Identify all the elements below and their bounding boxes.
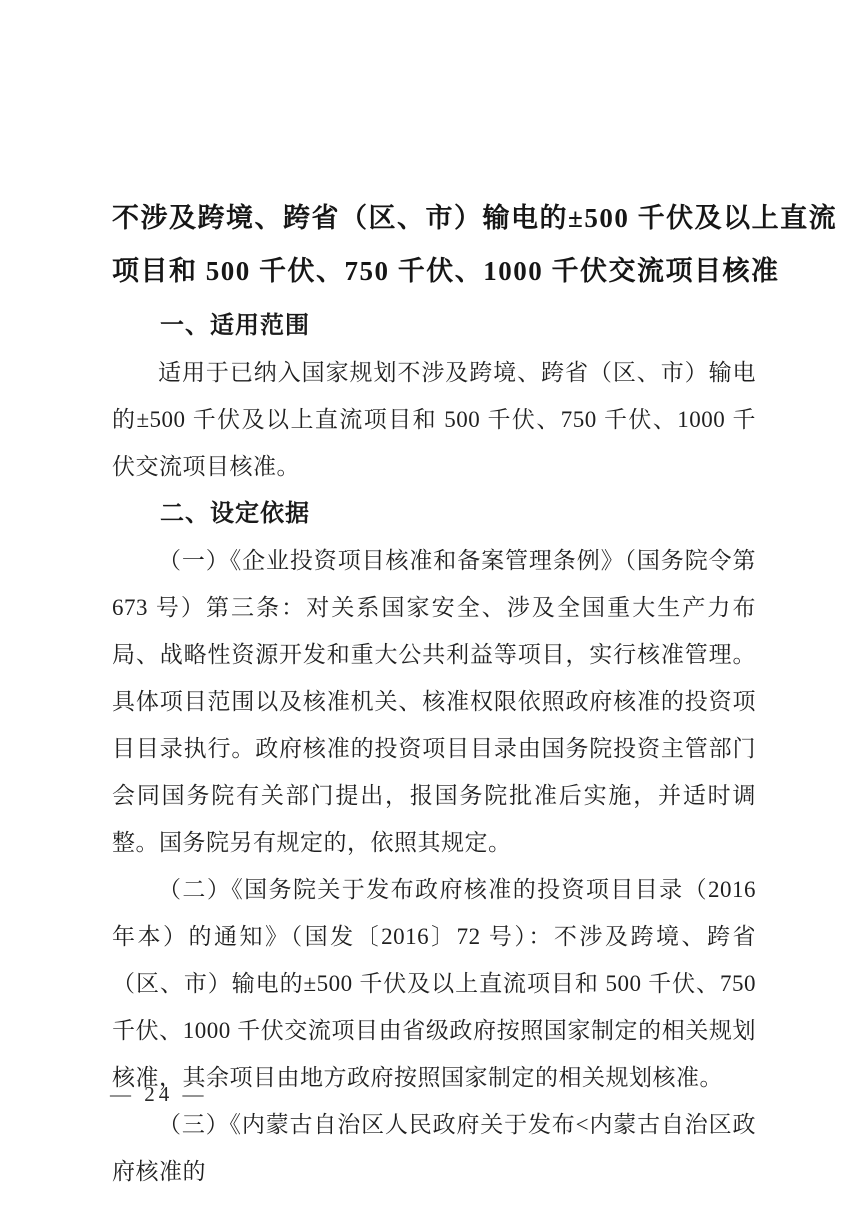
document-title-line-1: 不涉及跨境、跨省（区、市）输电的±500 千伏及以上直流 [112, 192, 756, 245]
paragraph-basis-1: （一）《企业投资项目核准和备案管理条例》（国务院令第 673 号）第三条：对关系… [112, 537, 756, 866]
paragraph-basis-2: （二）《国务院关于发布政府核准的投资项目目录（2016 年本）的通知》（国发〔2… [112, 866, 756, 1101]
document-title: 不涉及跨境、跨省（区、市）输电的±500 千伏及以上直流 项目和 500 千伏、… [112, 0, 756, 298]
section-heading-basis: 二、设定依据 [112, 490, 756, 537]
section-heading-scope: 一、适用范围 [112, 302, 756, 349]
document-title-line-2: 项目和 500 千伏、750 千伏、1000 千伏交流项目核准 [112, 245, 756, 298]
document-page: 不涉及跨境、跨省（区、市）输电的±500 千伏及以上直流 项目和 500 千伏、… [0, 0, 868, 1227]
paragraph-basis-3: （三）《内蒙古自治区人民政府关于发布<内蒙古自治区政府核准的 [112, 1101, 756, 1195]
paragraph-scope: 适用于已纳入国家规划不涉及跨境、跨省（区、市）输电的±500 千伏及以上直流项目… [112, 349, 756, 490]
page-number: — 24 — [110, 1082, 208, 1107]
